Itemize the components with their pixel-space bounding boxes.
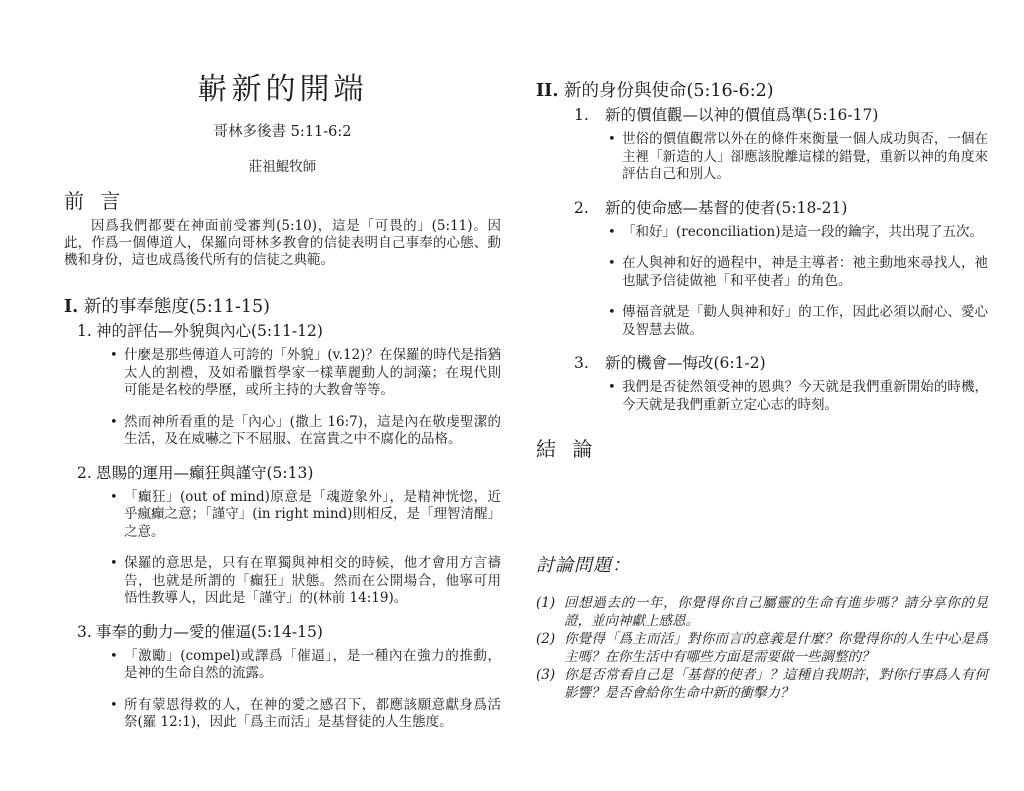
item-title: 事奉的動力—愛的催逼(5:14-15): [96, 623, 323, 641]
section-1-item-1-heading: 1.神的評估—外貌與內心(5:11-12): [64, 321, 501, 341]
item-title: 神的評估—外貌與內心(5:11-12): [96, 322, 323, 340]
section-1-item-3-heading: 3.事奉的動力—愛的催逼(5:14-15): [64, 622, 501, 642]
right-column: II. 新的身份與使命(5:16-6:2) 1.新的價值觀—以神的價值爲準(5:…: [536, 0, 988, 703]
item-title: 恩賜的運用—癲狂與謹守(5:13): [96, 464, 313, 482]
section-1-item-2-heading: 2.恩賜的運用—癲狂與謹守(5:13): [64, 463, 501, 483]
section-1-title: 新的事奉態度(5:11-15): [84, 297, 270, 317]
item-title: 新的使命感—基督的使者(5:18-21): [605, 199, 847, 217]
discussion-question-1: (1) 回想過去的一年，你覺得你自己屬靈的生命有進步嗎？請分享你的見證，並向神獻…: [536, 595, 988, 630]
question-number: (3): [536, 667, 564, 702]
section-2-item-3: 3.新的機會—悔改(6:1-2) 我們是否徒然領受神的恩典？今天就是我們重新開始…: [536, 353, 988, 414]
discussion-question-3: (3) 你是否常看自己是「基督的使者」？這種自我期許，對你行事爲人有何影響？是否…: [536, 667, 988, 702]
section-1-item-2: 2.恩賜的運用—癲狂與謹守(5:13) 「癲狂」(out of mind)原意是…: [64, 463, 501, 608]
item-title: 新的價值觀—以神的價值爲準(5:16-17): [605, 106, 878, 124]
item-number: 2.: [77, 463, 96, 483]
section-2-item-3-heading: 3.新的機會—悔改(6:1-2): [536, 353, 988, 373]
section-1-item-2-bullets: 「癲狂」(out of mind)原意是「魂遊象外」，是精神恍惚，近乎瘋癲之意；…: [64, 489, 501, 608]
section-2-label: II.: [536, 81, 558, 101]
discussion-section: 討論問題： (1) 回想過去的一年，你覺得你自己屬靈的生命有進步嗎？請分享你的見…: [536, 554, 988, 702]
bullet-point: 「激勵」(compel)或譯爲「催逼」，是一種內在強力的推動，是神的生命自然的流…: [124, 648, 501, 683]
section-1: I. 新的事奉態度(5:11-15) 1.神的評估—外貌與內心(5:11-12)…: [64, 296, 501, 732]
section-2-item-1-bullets: 世俗的價值觀常以外在的條件來衡量一個人成功與否，一個在主裡「新造的人」卻應該脫離…: [536, 131, 988, 184]
section-2-item-2-bullets: 「和好」(reconciliation)是這一段的鑰字，共出現了五次。 在人與神…: [536, 224, 988, 340]
bullet-point: 然而神所看重的是「內心」(撒上 16:7)，這是內在敬虔聖潔的生活，及在威嚇之下…: [124, 414, 501, 449]
section-2-item-1-heading: 1.新的價值觀—以神的價值爲準(5:16-17): [536, 105, 988, 125]
bullet-point: 傳福音就是「勸人與神和好」的工作，因此必須以耐心、愛心及智慧去做。: [622, 304, 988, 339]
question-number: (2): [536, 631, 564, 666]
section-1-item-1-bullets: 什麼是那些傳道人可誇的「外貌」(v.12)？在保羅的時代是指猶太人的割禮，及如希…: [64, 347, 501, 449]
document-title: 嶄新的開端: [64, 72, 501, 108]
item-number: 2.: [574, 198, 605, 218]
section-2-item-3-bullets: 我們是否徒然領受神的恩典？今天就是我們重新開始的時機，今天就是我們重新立定心志的…: [536, 379, 988, 414]
question-number: (1): [536, 595, 564, 630]
item-number: 1.: [77, 321, 96, 341]
item-title: 新的機會—悔改(6:1-2): [605, 354, 766, 372]
conclusion-heading: 結 論: [536, 436, 988, 462]
item-number: 3.: [77, 622, 96, 642]
section-1-label: I.: [64, 297, 78, 317]
section-1-item-3-bullets: 「激勵」(compel)或譯爲「催逼」，是一種內在強力的推動，是神的生命自然的流…: [64, 648, 501, 732]
bullet-point: 在人與神和好的過程中，神是主導者：祂主動地來尋找人，祂也賦予信徒做祂「和平使者」…: [622, 255, 988, 290]
section-2-item-2: 2.新的使命感—基督的使者(5:18-21) 「和好」(reconciliati…: [536, 198, 988, 340]
left-column: 嶄新的開端 哥林多後書 5:11-6:2 莊祖鯤牧師 前 言 因爲我們都要在神面…: [64, 0, 501, 746]
question-text: 你是否常看自己是「基督的使者」？這種自我期許，對你行事爲人有何影響？是否會給你生…: [564, 667, 988, 702]
question-text: 你覺得「爲主而活」對你而言的意義是什麼？你覺得你的人生中心是爲主嗎？在你生活中有…: [564, 631, 988, 666]
bullet-point: 什麼是那些傳道人可誇的「外貌」(v.12)？在保羅的時代是指猶太人的割禮，及如希…: [124, 347, 501, 400]
section-2-item-2-heading: 2.新的使命感—基督的使者(5:18-21): [536, 198, 988, 218]
section-1-item-3: 3.事奉的動力—愛的催逼(5:14-15) 「激勵」(compel)或譯爲「催逼…: [64, 622, 501, 732]
section-2: II. 新的身份與使命(5:16-6:2) 1.新的價值觀—以神的價值爲準(5:…: [536, 80, 988, 414]
bullet-point: 所有蒙恩得救的人，在神的愛之感召下，都應該願意獻身爲活祭(羅 12:1)，因此「…: [124, 697, 501, 732]
preface-heading: 前 言: [64, 188, 501, 214]
bullet-point: 「癲狂」(out of mind)原意是「魂遊象外」，是精神恍惚，近乎瘋癲之意；…: [124, 489, 501, 542]
scripture-reference: 哥林多後書 5:11-6:2: [64, 120, 501, 141]
bullet-point: 「和好」(reconciliation)是這一段的鑰字，共出現了五次。: [622, 224, 988, 242]
bullet-point: 保羅的意思是，只有在單獨與神相交的時候，他才會用方言禱告，也就是所謂的「癲狂」狀…: [124, 555, 501, 608]
bullet-point: 世俗的價值觀常以外在的條件來衡量一個人成功與否，一個在主裡「新造的人」卻應該脫離…: [622, 131, 988, 184]
section-2-item-1: 1.新的價值觀—以神的價值爲準(5:16-17) 世俗的價值觀常以外在的條件來衡…: [536, 105, 988, 184]
section-1-item-1: 1.神的評估—外貌與內心(5:11-12) 什麼是那些傳道人可誇的「外貌」(v.…: [64, 321, 501, 449]
discussion-heading: 討論問題：: [536, 554, 988, 577]
item-number: 1.: [574, 105, 605, 125]
section-2-title: 新的身份與使命(5:16-6:2): [564, 81, 774, 101]
item-number: 3.: [574, 353, 605, 373]
document-page: 嶄新的開端 哥林多後書 5:11-6:2 莊祖鯤牧師 前 言 因爲我們都要在神面…: [0, 0, 1024, 791]
preface-paragraph: 因爲我們都要在神面前受審判(5:10)，這是「可畏的」(5:11)。因此，作爲一…: [64, 218, 501, 269]
discussion-question-2: (2) 你覺得「爲主而活」對你而言的意義是什麼？你覺得你的人生中心是爲主嗎？在你…: [536, 631, 988, 666]
question-text: 回想過去的一年，你覺得你自己屬靈的生命有進步嗎？請分享你的見證，並向神獻上感恩。: [564, 595, 988, 630]
section-1-heading: I. 新的事奉態度(5:11-15): [64, 296, 501, 318]
section-2-heading: II. 新的身份與使命(5:16-6:2): [536, 80, 988, 102]
bullet-point: 我們是否徒然領受神的恩典？今天就是我們重新開始的時機，今天就是我們重新立定心志的…: [622, 379, 988, 414]
author-name: 莊祖鯤牧師: [64, 155, 501, 175]
